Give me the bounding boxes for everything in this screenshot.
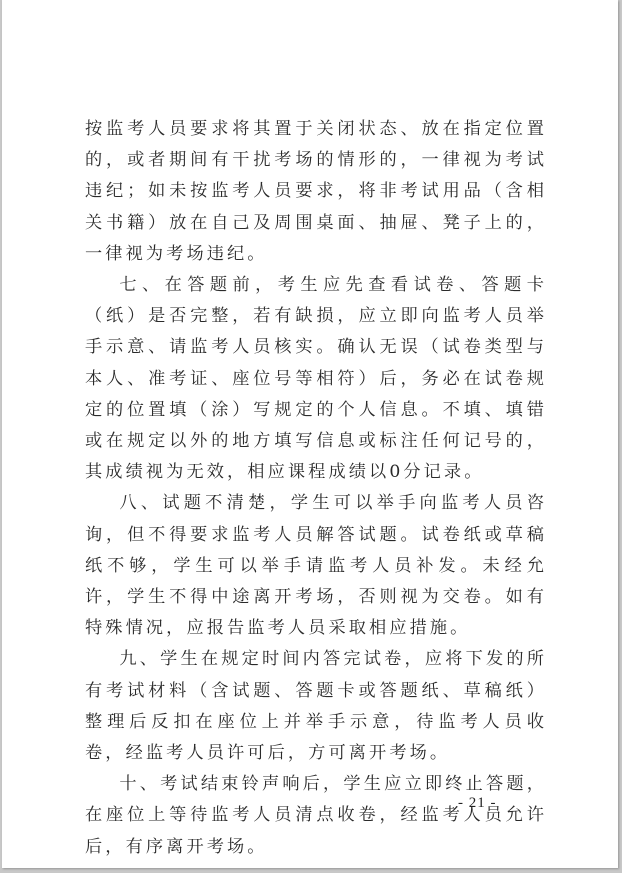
page-body: 按监考人员要求将其置于关闭状态、放在指定位置的，或者期间有干扰考场的情形的，一律… <box>85 114 547 863</box>
document-page: 按监考人员要求将其置于关闭状态、放在指定位置的，或者期间有干扰考场的情形的，一律… <box>2 0 618 868</box>
paragraph-continuation: 按监考人员要求将其置于关闭状态、放在指定位置的，或者期间有干扰考场的情形的，一律… <box>85 114 547 270</box>
paragraph-rule-7: 七、在答题前，考生应先查看试卷、答题卡（纸）是否完整，若有缺损，应立即向监考人员… <box>85 270 547 488</box>
page-number: - 21 - <box>458 795 497 812</box>
paragraph-rule-9: 九、学生在规定时间内答完试卷，应将下发的所有考试材料（含试题、答题卡或答题纸、草… <box>85 644 547 769</box>
paragraph-rule-10: 十、考试结束铃声响后，学生应立即终止答题，在座位上等待监考人员清点收卷，经监考人… <box>85 769 547 863</box>
paragraph-rule-8: 八、试题不清楚，学生可以举手向监考人员咨询，但不得要求监考人员解答试题。试卷纸或… <box>85 488 547 644</box>
